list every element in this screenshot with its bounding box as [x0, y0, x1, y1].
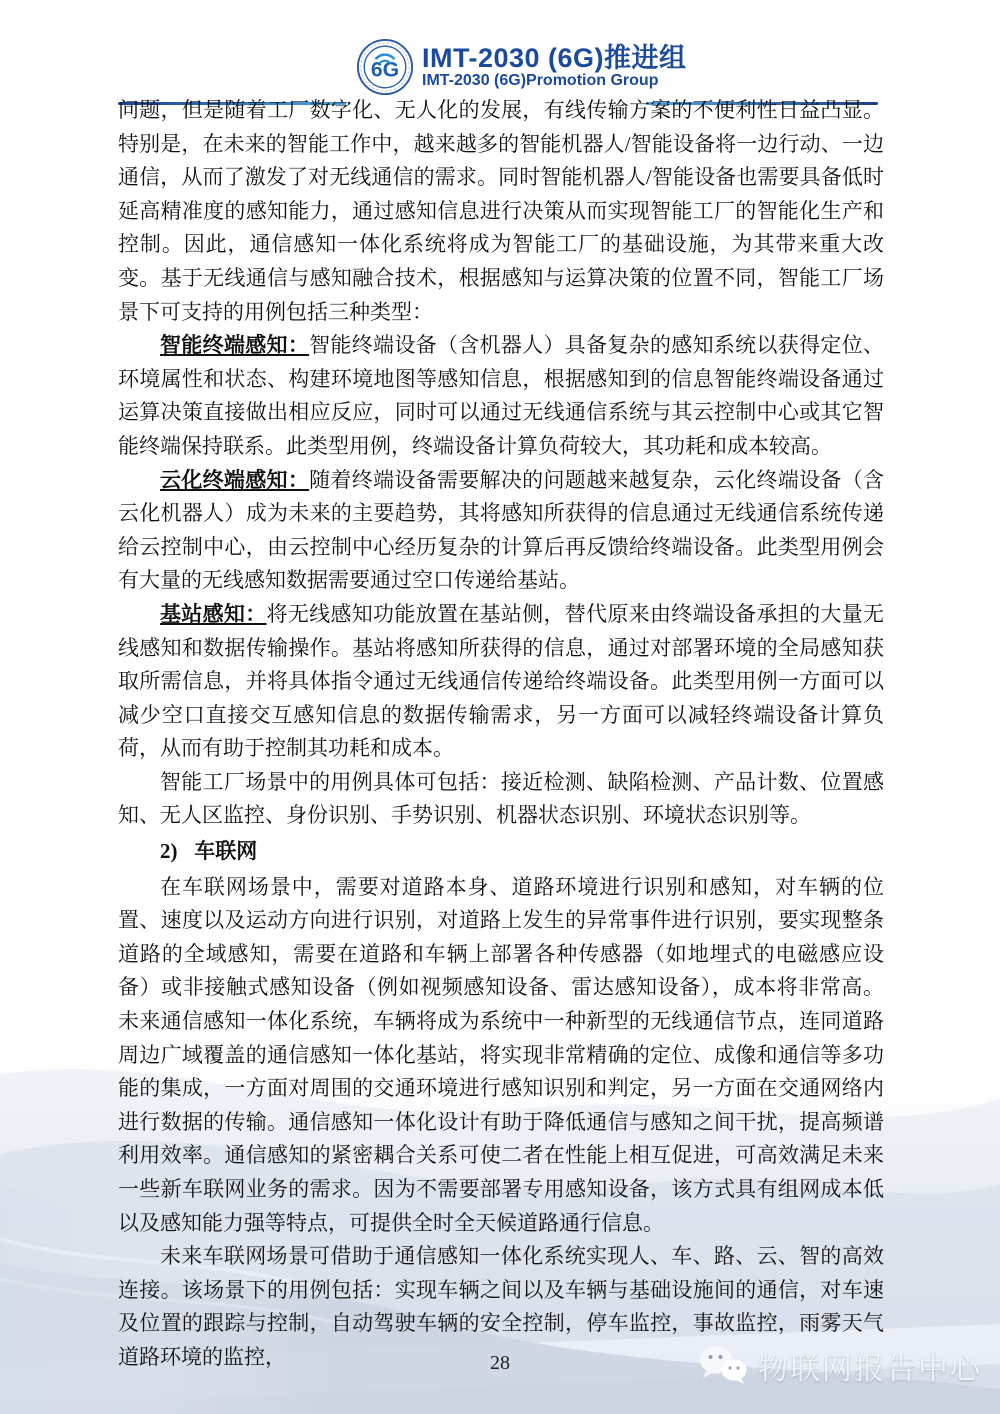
paragraph-intro: 问题，但是随着工厂数字化、无人化的发展，有线传输方案的不便利性日益凸显。特别是，… [118, 94, 884, 329]
paragraph-cloud-terminal-sensing: 云化终端感知：随着终端设备需要解决的问题越来越复杂，云化终端设备（含云化机器人）… [118, 464, 884, 598]
brand-subtitle: IMT-2030 (6G)Promotion Group [422, 73, 687, 90]
imt-2030-6g-logo: 6G [356, 38, 414, 96]
watermark: 物联网报告中心 [696, 1344, 982, 1388]
term-lead: 云化终端感知： [160, 468, 309, 492]
section-heading-vehicular-network: 2)车联网 [118, 833, 884, 871]
term-lead: 智能终端感知： [160, 333, 309, 357]
brand: 6G IMT-2030 (6G)推进组 IMT-2030 (6G)Promoti… [356, 38, 687, 96]
section-title: 车联网 [194, 839, 257, 863]
paragraph-factory-usecases: 智能工厂场景中的用例具体可包括：接近检测、缺陷检测、产品计数、位置感知、无人区监… [118, 766, 884, 833]
brand-text: IMT-2030 (6G)推进组 IMT-2030 (6G)Promotion … [422, 44, 687, 89]
brand-title: IMT-2030 (6G)推进组 [422, 44, 687, 72]
page-header: 6G IMT-2030 (6G)推进组 IMT-2030 (6G)Promoti… [0, 36, 1000, 100]
term-lead: 基站感知： [160, 602, 267, 626]
section-number: 2) [160, 839, 178, 863]
paragraph-base-station-sensing: 基站感知：将无线感知功能放置在基站侧，替代原来由终端设备承担的大量无线感知和数据… [118, 598, 884, 766]
wechat-icon [696, 1344, 748, 1388]
paragraph-smart-terminal-sensing: 智能终端感知：智能终端设备（含机器人）具备复杂的感知系统以获得定位、环境属性和状… [118, 329, 884, 463]
document-page: { "header": { "title": "IMT-2030 (6G)推进组… [0, 0, 1000, 1414]
document-body: 问题，但是随着工厂数字化、无人化的发展，有线传输方案的不便利性日益凸显。特别是，… [118, 94, 884, 1375]
watermark-label: 物联网报告中心 [758, 1344, 982, 1388]
paragraph-vehicular-1: 在车联网场景中，需要对道路本身、道路环境进行识别和感知，对车辆的位置、速度以及运… [118, 871, 884, 1241]
